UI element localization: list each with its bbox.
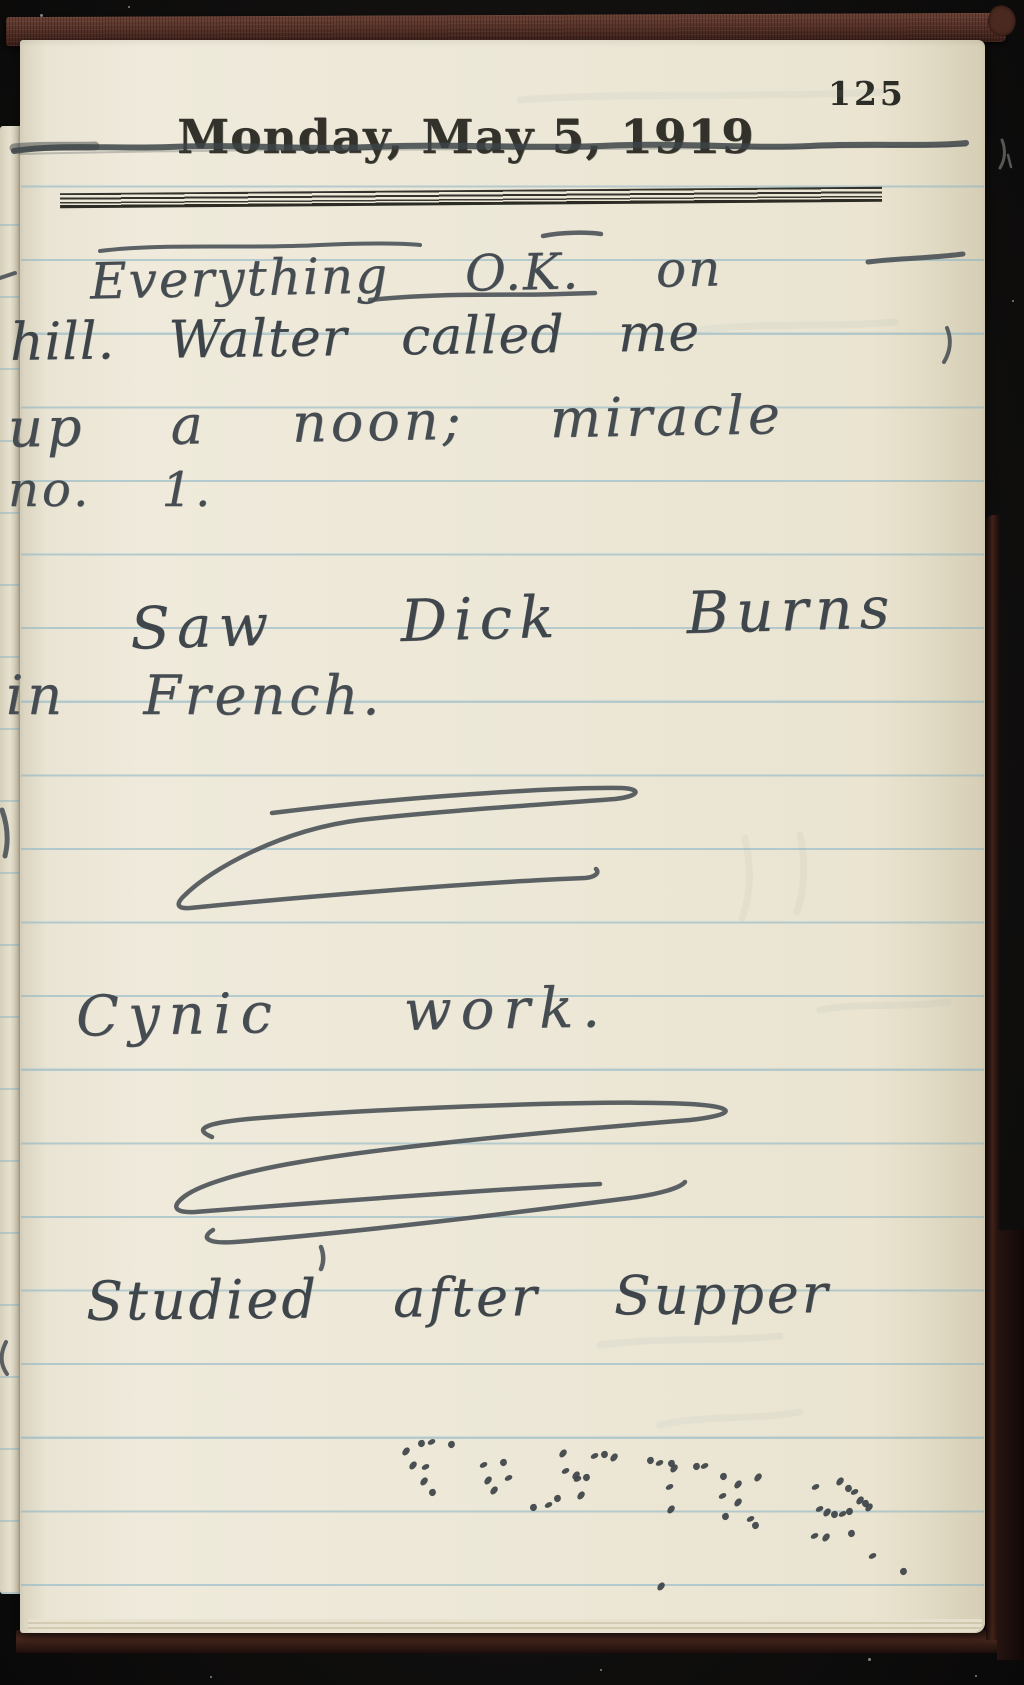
printed-date-heading: Monday, May 5, 1919 [0, 110, 932, 165]
book-cover-corner [997, 1230, 1024, 1660]
handwritten-line-7: Cynic work. [75, 975, 609, 1049]
handwritten-line-8: Studied after Supper [86, 1262, 831, 1333]
handwritten-line-4: no. 1. [8, 462, 213, 518]
book-binding-bottom [16, 1630, 1016, 1653]
edge-thread-marks [1000, 140, 1011, 168]
diary-page-scan: 125 Monday, May 5, 1919 Everything O.K. … [0, 0, 1024, 1685]
handwritten-line-2: hill. Walter called me [10, 303, 701, 373]
page-number: 125 [828, 74, 906, 113]
handwritten-line-6: in French. [6, 664, 383, 727]
